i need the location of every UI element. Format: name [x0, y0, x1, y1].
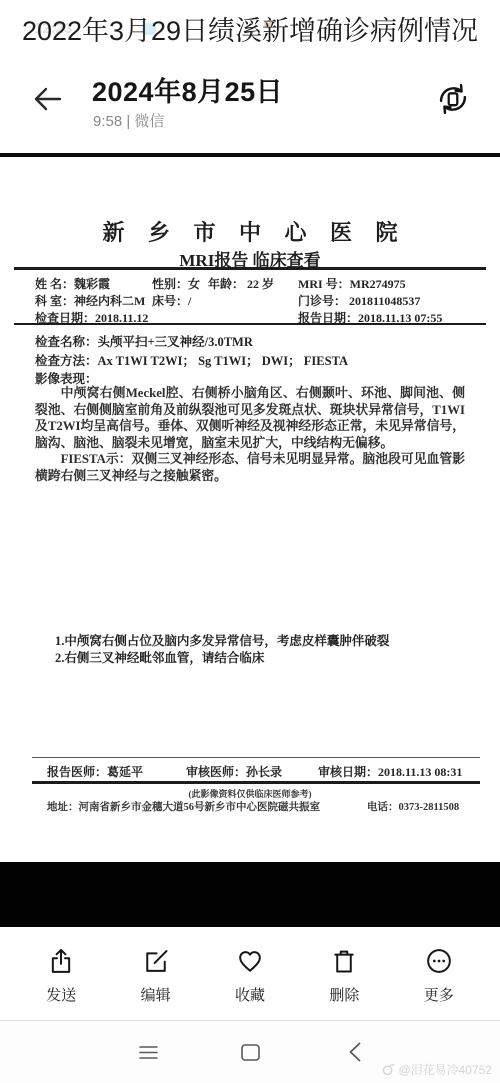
photo-bottom-black-band: [0, 862, 500, 927]
favorite-button[interactable]: 收藏: [203, 927, 297, 1020]
home-square-icon: [241, 1044, 260, 1061]
heart-icon: [235, 947, 265, 975]
bed-number: 床号：/: [152, 292, 191, 309]
nav-menu-button[interactable]: [131, 1039, 165, 1065]
exam-name: 检查名称：头颅平扫+三叉神经/3.0TMR: [35, 332, 253, 350]
watermark-text: @泪花易冷40752: [398, 1061, 492, 1078]
conclusion-1: 1.中颅窝右侧占位及脑内多发异常信号，考虑皮样囊肿伴破裂: [55, 633, 389, 650]
delete-label: 删除: [329, 984, 359, 1005]
review-doctor: 审核医师：孙长录: [186, 763, 282, 780]
findings-paragraph-2: FIESTA示：双侧三叉神经形态、信号未见明显异常。脑池段可见血管影横跨右侧三叉…: [35, 451, 465, 484]
share-icon: [47, 947, 75, 975]
hospital-address: 地址：河南省新乡市金穗大道56号新乡市中心医院磁共振室: [47, 799, 320, 814]
watermark: @泪花易冷40752: [382, 1061, 492, 1078]
department: 科 室：神经内科二M: [35, 292, 145, 309]
findings-text: 中颅窝右侧Meckel腔、右侧桥小脑角区、右侧颞叶、环池、脚间池、侧裂池、右侧侧…: [35, 385, 465, 484]
hospital-name: 新 乡 市 中 心 医 院: [0, 216, 500, 247]
rotate-button[interactable]: [432, 79, 474, 119]
edit-label: 编辑: [141, 984, 171, 1005]
page-title: 2022年3月29日绩溪新增确诊病例情况: [0, 9, 500, 48]
send-button[interactable]: 发送: [14, 927, 108, 1020]
more-button[interactable]: 更多: [392, 927, 486, 1020]
chevron-left-icon: [349, 1042, 361, 1062]
photo-date-title: 2024年8月25日: [92, 70, 283, 109]
watermark-icon: [382, 1063, 395, 1076]
favorite-label: 收藏: [235, 984, 265, 1005]
send-label: 发送: [46, 984, 76, 1005]
more-label: 更多: [424, 984, 454, 1005]
hospital-phone: 电话：0373-2811508: [367, 799, 459, 814]
back-arrow-icon: [32, 86, 62, 112]
edit-icon: [142, 947, 170, 975]
photo-view-mri-report[interactable]: 新 乡 市 中 心 医 院 MRI报告 临床查看 姓 名：魏彩霞 性别：女 年龄…: [0, 157, 500, 862]
patient-name: 姓 名：魏彩霞: [35, 275, 110, 292]
delete-button[interactable]: 删除: [297, 927, 391, 1020]
review-date: 审核日期：2018.11.13 08:31: [318, 763, 462, 780]
back-button[interactable]: [26, 82, 68, 116]
patient-gender: 性别：女: [152, 275, 200, 292]
system-navbar: @泪花易冷40752: [0, 1020, 500, 1083]
rotate-screen-icon: [434, 80, 472, 118]
divider: [32, 757, 480, 758]
divider: [14, 323, 486, 325]
divider: [14, 267, 486, 270]
nav-home-button[interactable]: [233, 1038, 267, 1066]
outpatient-number: 门诊号： 201811048537: [298, 292, 420, 309]
findings-paragraph-1: 中颅窝右侧Meckel腔、右侧桥小脑角区、右侧颞叶、环池、脚间池、侧裂池、右侧侧…: [35, 385, 465, 451]
mri-number: MRI 号：MR274975: [298, 275, 406, 292]
exam-method: 检查方法：Ax T1WI T2WI； Sg T1WI； DWI； FIESTA: [35, 351, 348, 369]
photo-viewer-screen: 12:23 2022年3月29日绩溪新增确诊病例情况 2024年8月25日 9:…: [0, 0, 500, 1083]
action-toolbar: 发送 编辑 收藏 删除: [0, 927, 500, 1020]
divider: [32, 781, 480, 784]
trash-icon: [330, 947, 358, 975]
patient-age: 年龄： 22 岁: [208, 275, 274, 292]
photo-meta: 9:58 | 微信: [93, 110, 164, 131]
report-doctor: 报告医师：葛延平: [47, 763, 143, 780]
menu-icon: [139, 1045, 158, 1060]
more-icon: [425, 947, 453, 975]
edit-button[interactable]: 编辑: [108, 927, 202, 1020]
conclusion-2: 2.右侧三叉神经毗邻血管，请结合临床: [55, 650, 264, 667]
nav-back-button[interactable]: [340, 1038, 370, 1066]
